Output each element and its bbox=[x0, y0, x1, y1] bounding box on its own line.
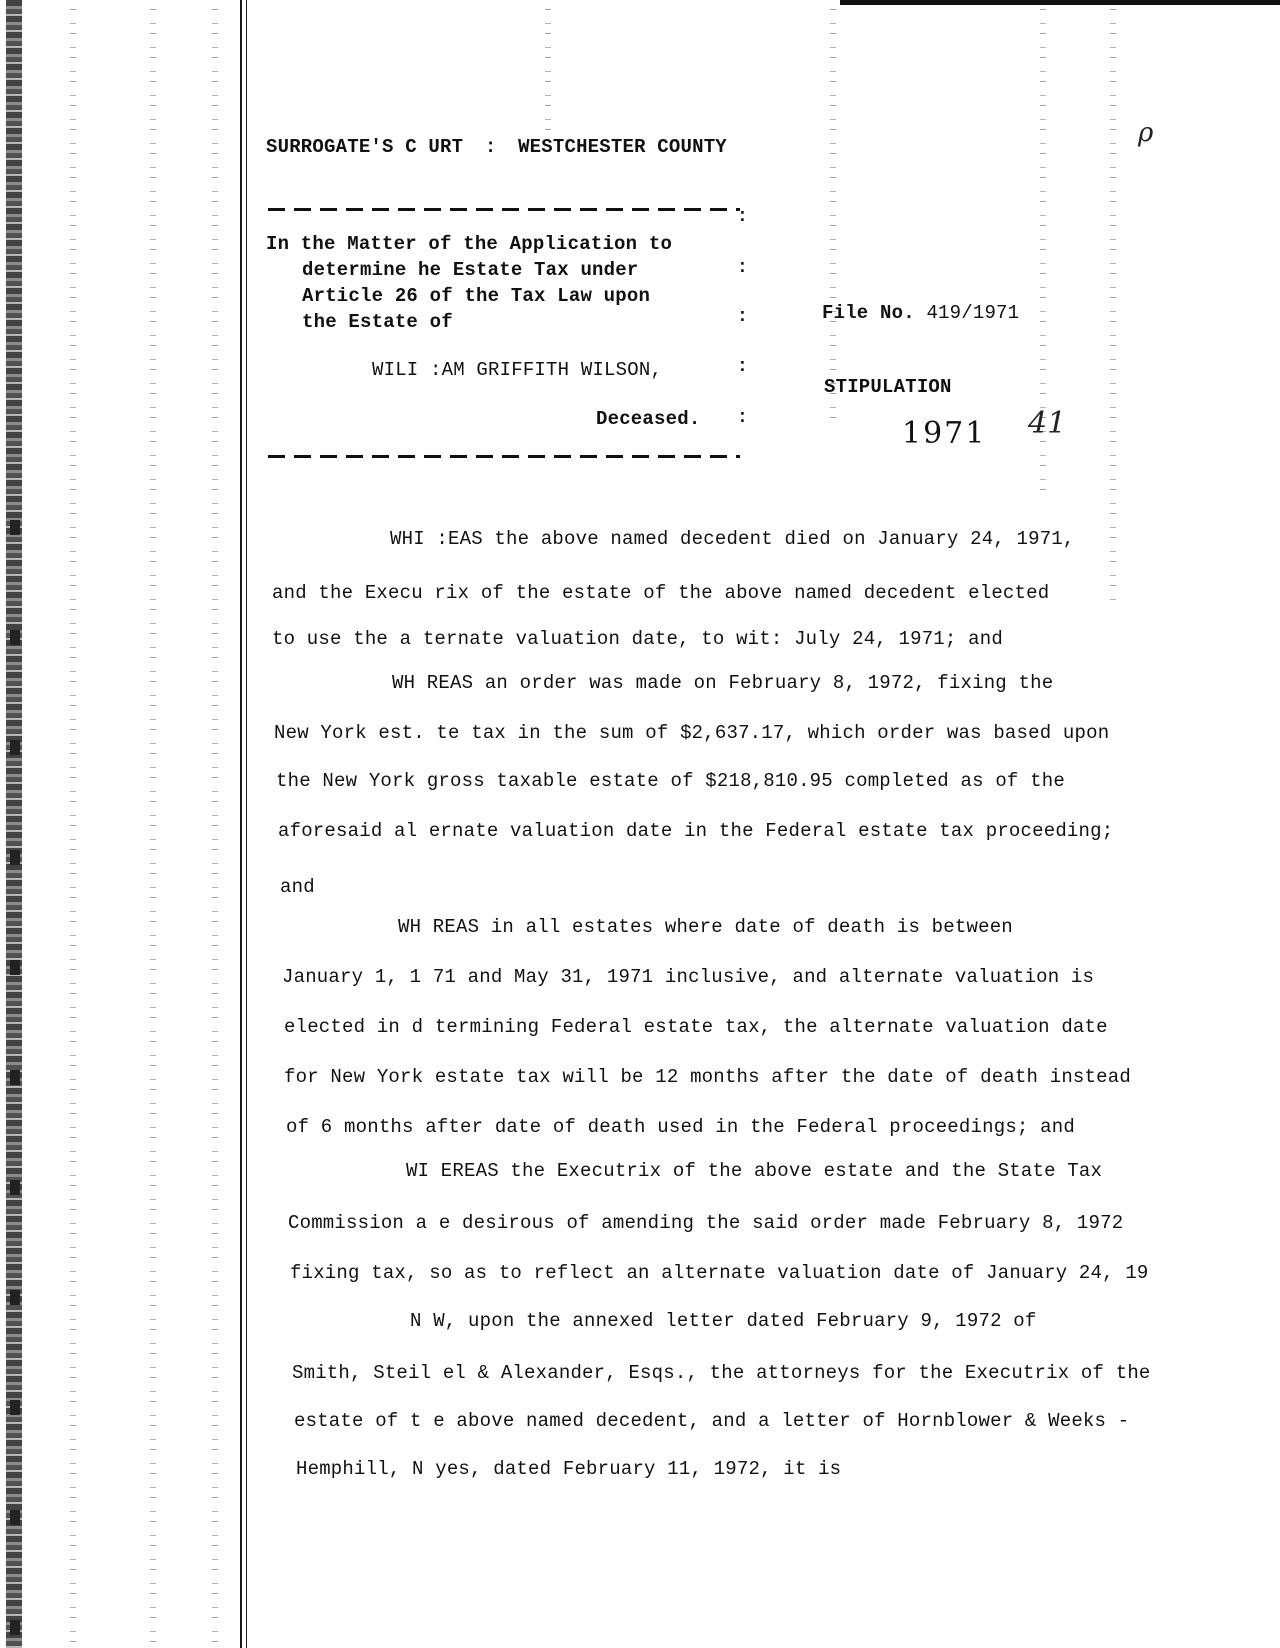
county-name: WESTCHESTER COUNTY bbox=[518, 136, 727, 158]
para-1-line-3: to use the a ternate valuation date, to … bbox=[272, 628, 1003, 650]
para-1-line-2: and the Execu rix of the estate of the a… bbox=[272, 582, 1049, 604]
para-1-line-1: WHI :EAS the above named decedent died o… bbox=[390, 528, 1075, 550]
caption-bracket: : bbox=[737, 408, 748, 428]
para-5-line-3: estate of t e above named decedent, and … bbox=[294, 1410, 1129, 1432]
para-3-line-4: for New York estate tax will be 12 month… bbox=[284, 1066, 1131, 1088]
file-no-label: File No. bbox=[822, 302, 915, 324]
para-5-line-4: Hemphill, N yes, dated February 11, 1972… bbox=[296, 1458, 841, 1480]
court-header: SURROGATE'S C URT : WESTCHESTER COUNTY bbox=[266, 136, 727, 158]
stamp-number: 1971 bbox=[902, 416, 986, 451]
court-name: SURROGATE'S C URT bbox=[266, 136, 463, 158]
decedent-name: WILI :AM GRIFFITH WILSON, bbox=[372, 359, 662, 381]
para-3-line-2: January 1, 1 71 and May 31, 1971 inclusi… bbox=[282, 966, 1094, 988]
para-2-line-3: the New York gross taxable estate of $21… bbox=[276, 770, 1065, 792]
para-3-line-5: of 6 months after date of death used in … bbox=[286, 1116, 1075, 1138]
scan-speckle bbox=[150, 0, 156, 1648]
caption-top-rule bbox=[268, 208, 740, 211]
margin-line bbox=[240, 0, 242, 1648]
para-5-line-2: Smith, Steil el & Alexander, Esqs., the … bbox=[292, 1362, 1151, 1384]
caption-bracket: : bbox=[737, 357, 748, 377]
para-5-line-1: N W, upon the annexed letter dated Febru… bbox=[410, 1310, 1037, 1332]
caption-line-2: determine he Estate Tax under bbox=[302, 259, 638, 281]
scan-speckle bbox=[1110, 0, 1116, 600]
para-4-line-1: WI EREAS the Executrix of the above esta… bbox=[406, 1160, 1102, 1182]
caption-bracket: : bbox=[737, 207, 748, 227]
caption-line-3: Article 26 of the Tax Law upon bbox=[302, 285, 650, 307]
caption-bottom-rule bbox=[268, 455, 740, 458]
para-4-line-3: fixing tax, so as to reflect an alternat… bbox=[290, 1262, 1149, 1284]
para-2-line-4: aforesaid al ernate valuation date in th… bbox=[278, 820, 1113, 842]
document-type: STIPULATION bbox=[824, 376, 952, 398]
header-separator: : bbox=[485, 136, 497, 158]
margin-line bbox=[246, 0, 247, 1648]
para-2-line-2: New York est. te tax in the sum of $2,63… bbox=[274, 722, 1109, 744]
caption-bracket: : bbox=[737, 307, 748, 327]
deceased-label: Deceased. bbox=[596, 408, 700, 430]
scan-speckle bbox=[545, 0, 551, 140]
scan-speckle bbox=[830, 0, 836, 420]
para-2-line-5: and bbox=[280, 876, 315, 898]
caption-line-1: In the Matter of the Application to bbox=[266, 233, 672, 255]
para-3-line-1: WH REAS in all estates where date of dea… bbox=[398, 916, 1013, 938]
para-2-line-1: WH REAS an order was made on February 8,… bbox=[392, 672, 1053, 694]
caption-bracket: : bbox=[737, 258, 748, 278]
file-number: File No. 419/1971 bbox=[822, 302, 1019, 324]
scan-speckle bbox=[212, 0, 218, 1648]
para-4-line-2: Commission a e desirous of amending the … bbox=[288, 1212, 1123, 1234]
para-3-line-3: elected in d termining Federal estate ta… bbox=[284, 1016, 1108, 1038]
scan-speckle bbox=[70, 0, 76, 1648]
corner-handwritten-mark: ρ bbox=[1138, 118, 1153, 148]
file-no-value: 419/1971 bbox=[926, 302, 1019, 324]
scan-edge-artifact bbox=[10, 480, 20, 1640]
scan-top-edge bbox=[840, 0, 1280, 5]
handwritten-number: 41 bbox=[1028, 406, 1066, 441]
caption-line-4: the Estate of bbox=[302, 311, 453, 333]
